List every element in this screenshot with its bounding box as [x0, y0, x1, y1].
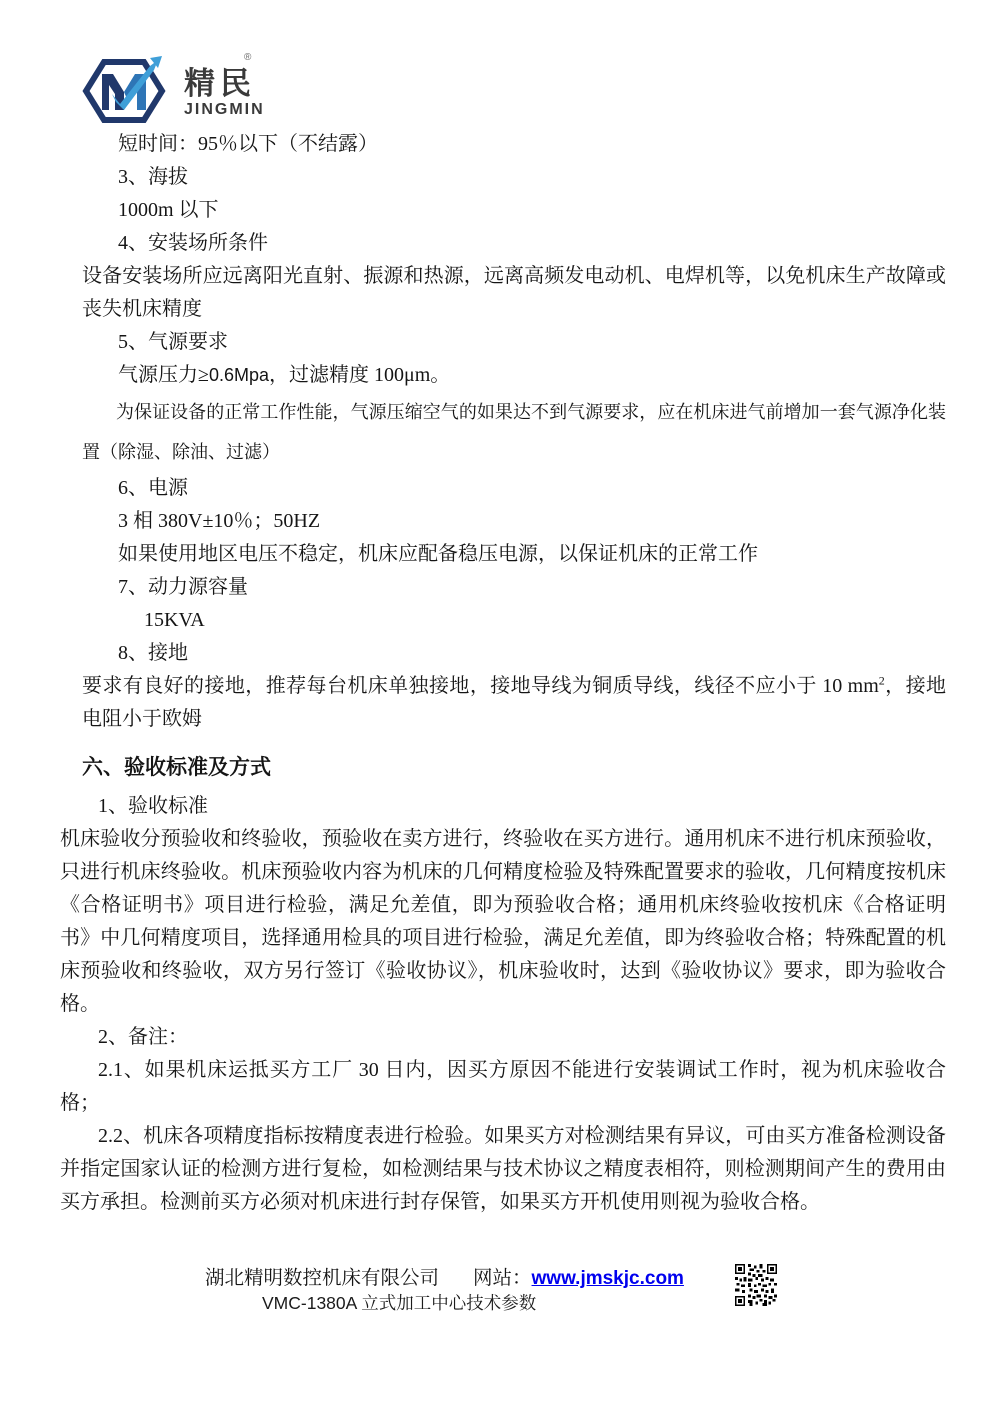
logo-english-name: JINGMIN [184, 102, 265, 118]
para-installation-site: 设备安装场所应远离阳光直射、振源和热源，远离高频发电动机、电焊机等，以免机床生产… [60, 260, 946, 326]
section-6-heading: 六、验收标准及方式 [60, 751, 946, 784]
heading-remarks: 2、备注： [60, 1021, 946, 1054]
line-power-note: 如果使用地区电压不稳定，机床应配备稳压电源，以保证机床的正常工作 [60, 538, 946, 571]
para-remark-2-2: 2.2、机床各项精度指标按精度表进行检验。如果买方对检测结果有异议，可由买方准备… [60, 1120, 946, 1219]
line-humidity-short-time: 短时间：95％以下（不结露） [60, 128, 946, 161]
para-remark-2-1: 2.1、如果机床运抵买方工厂 30 日内，因买方原因不能进行安装调试工作时，视为… [60, 1054, 946, 1120]
line-air-pressure: 气源压力≥0.6Mpa，过滤精度 100μm。 [60, 359, 946, 392]
heading-7-power-capacity: 7、动力源容量 [60, 571, 946, 604]
heading-8-grounding: 8、接地 [60, 637, 946, 670]
registered-mark: ® [244, 52, 251, 63]
line-altitude-value: 1000m 以下 [60, 194, 946, 227]
air-pressure-value: 0.6Mpa [209, 365, 269, 385]
company-logo: ® 精民 JINGMIN [76, 54, 265, 128]
line-power-capacity-value: 15KVA [60, 604, 946, 637]
heading-acceptance-standard: 1、验收标准 [60, 790, 946, 823]
heading-3-altitude: 3、海拔 [60, 161, 946, 194]
footer-company-line: 湖北精明数控机床有限公司网站：www.jmskjc.com [205, 1262, 684, 1290]
line-power-value: 3 相 380V±10％；50HZ [60, 505, 946, 538]
qr-code-icon [735, 1264, 777, 1306]
para-grounding: 要求有良好的接地，推荐每台机床单独接地，接地导线为铜质导线，线径不应小于 10 … [60, 670, 946, 736]
grounding-text-1: 要求有良好的接地，推荐每台机床单独接地，接地导线为铜质导线，线径不应小于 10 … [82, 675, 879, 697]
footer-website-label: 网站： [473, 1268, 532, 1289]
document-body: 短时间：95％以下（不结露） 3、海拔 1000m 以下 4、安装场所条件 设备… [60, 128, 946, 1219]
footer-website-link[interactable]: www.jmskjc.com [532, 1268, 684, 1289]
logo-chinese-name: 精民 [184, 68, 265, 99]
air-pressure-suffix: ，过滤精度 100μm。 [269, 364, 450, 386]
footer-company-name: 湖北精明数控机床有限公司 [205, 1268, 439, 1289]
heading-5-air-supply: 5、气源要求 [60, 326, 946, 359]
para-air-purify-note: 为保证设备的正常工作性能，气源压缩空气的如果达不到气源要求，应在机床进气前增加一… [60, 392, 946, 472]
jingmin-hexagon-logo-icon: ® [76, 54, 176, 128]
heading-6-power: 6、电源 [60, 472, 946, 505]
air-pressure-prefix: 气源压力≥ [118, 364, 209, 386]
para-acceptance-standard: 机床验收分预验收和终验收，预验收在卖方进行，终验收在买方进行。通用机床不进行机床… [60, 823, 946, 1021]
document-page: ® 精民 JINGMIN 短时间：95％以下（不结露） 3、海拔 1000m 以… [0, 0, 1000, 1414]
heading-4-installation-site: 4、安装场所条件 [60, 227, 946, 260]
logo-text: 精民 JINGMIN [184, 68, 265, 118]
page-footer: 湖北精明数控机床有限公司网站：www.jmskjc.com VMC-1380A … [0, 1258, 1000, 1338]
footer-doc-title: VMC-1380A 立式加工中心技术参数 [262, 1290, 536, 1315]
